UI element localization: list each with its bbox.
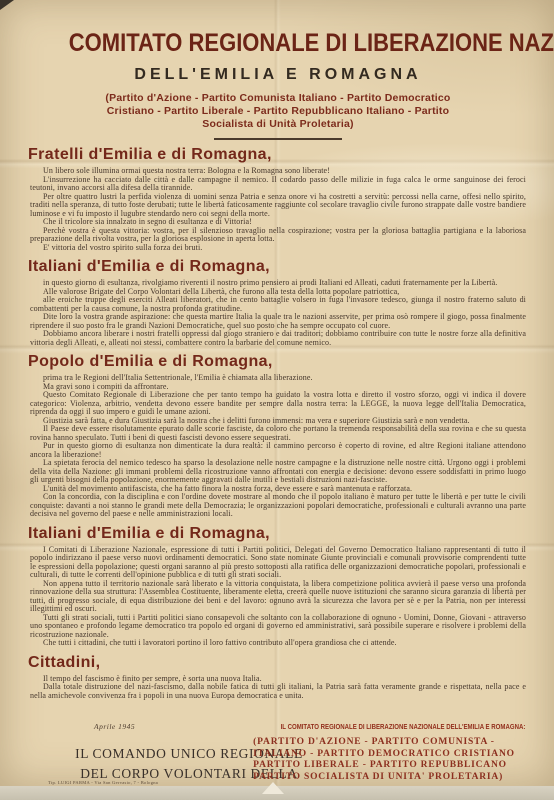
section-body: Il tempo del fascismo è finito per sempr… xyxy=(30,675,526,701)
section-cittadini: Cittadini, Il tempo del fascismo è finit… xyxy=(30,654,526,701)
date-label: Aprile 1945 xyxy=(94,722,135,731)
section-italiani-2: Italiani d'Emilia e di Romagna, I Comita… xyxy=(30,525,526,648)
paragraph: Dobbiamo ancora liberare i nostri fratel… xyxy=(30,330,526,347)
committee-signature: IL COMITATO REGIONALE DI LIBERAZIONE NAZ… xyxy=(250,716,518,784)
section-body: prima tra le Regioni dell'Italia Settent… xyxy=(30,374,526,519)
parties-list: (Partito d'Azione - Partito Comunista It… xyxy=(30,92,526,131)
poster-content: COMITATO REGIONALE DI LIBERAZIONE NAZION… xyxy=(0,0,554,786)
poster-footer: Aprile 1945 IL COMANDO UNICO REGIONALEDE… xyxy=(30,704,526,786)
paragraph: Questo Comitato Regionale di Liberazione… xyxy=(30,391,526,417)
parties-line: Cristiano - Partito Liberale - Partito R… xyxy=(30,105,526,118)
paragraph: I Comitati di Liberazione Nazionale, esp… xyxy=(30,546,526,580)
paragraph: Il Paese deve essere risolutamente epura… xyxy=(30,425,526,442)
committee-parties: (PARTITO D'AZIONE - PARTITO COMUNISTA -I… xyxy=(253,737,515,783)
liberation-poster: COMITATO REGIONALE DI LIBERAZIONE NAZION… xyxy=(0,0,554,786)
section-heading: Italiani d'Emilia e di Romagna, xyxy=(28,525,526,543)
printer-imprint: Tip. LUIGI PARMA - Via San Gervasio, 7 -… xyxy=(48,780,158,785)
committee-party-line: PARTITO LIBERALE - PARTITO REPUBBLICANO xyxy=(253,760,515,772)
paragraph: Per oltre quattro lustri la perfida viol… xyxy=(30,193,526,219)
paragraph: Dalla totale distruzione del nazi-fascis… xyxy=(30,683,526,700)
section-italiani-1: Italiani d'Emilia e di Romagna, in quest… xyxy=(30,258,526,347)
section-heading: Fratelli d'Emilia e di Romagna, xyxy=(28,146,526,164)
paragraph: La spietata ferocia del nemico tedesco h… xyxy=(30,459,526,485)
section-body: I Comitati di Liberazione Nazionale, esp… xyxy=(30,546,526,648)
paragraph: Pur in questo giorno di esultanza non di… xyxy=(30,442,526,459)
paragraph: Con la concordia, con la disciplina e co… xyxy=(30,493,526,519)
paragraph: Che tutti i cittadini, che tutti i lavor… xyxy=(30,639,526,648)
paragraph: Perchè vostra è questa vittoria: vostra,… xyxy=(30,227,526,244)
section-popolo: Popolo d'Emilia e di Romagna, prima tra … xyxy=(30,353,526,519)
photo-background-edge xyxy=(0,786,554,800)
committee-heading: IL COMITATO REGIONALE DI LIBERAZIONE NAZ… xyxy=(281,722,526,731)
poster-subtitle: DELL'EMILIA E ROMAGNA xyxy=(30,66,526,84)
parties-line: Socialista di Unità Proletaria) xyxy=(30,118,526,131)
section-body: in questo giorno di esultanza, rivolgiam… xyxy=(30,279,526,347)
section-heading: Italiani d'Emilia e di Romagna, xyxy=(28,258,526,276)
divider-rule xyxy=(214,138,342,140)
paragraph: Non appena tutto il territorio nazionale… xyxy=(30,580,526,614)
committee-party-line: (PARTITO D'AZIONE - PARTITO COMUNISTA - xyxy=(253,737,515,749)
paragraph: E' vittoria del vostro spirito sulla for… xyxy=(30,244,526,253)
section-fratelli: Fratelli d'Emilia e di Romagna, Un liber… xyxy=(30,146,526,252)
section-heading: Cittadini, xyxy=(28,654,526,672)
paragraph: L'insurrezione ha cacciato dalle città e… xyxy=(30,176,526,193)
page-title-text: COMITATO REGIONALE DI LIBERAZIONE NAZION… xyxy=(69,29,554,58)
poster-header: COMITATO REGIONALE DI LIBERAZIONE NAZION… xyxy=(30,22,526,140)
page-title: COMITATO REGIONALE DI LIBERAZIONE NAZION… xyxy=(30,22,526,59)
committee-party-line: ITALIANO - PARTITO DEMOCRATICO CRISTIANO xyxy=(253,749,515,761)
paragraph: alle eroiche truppe degli eserciti Allea… xyxy=(30,296,526,313)
committee-party-line: PARTITO SOCIALISTA DI UNITA' PROLETARIA) xyxy=(253,772,515,784)
section-body: Un libero sole illumina ormai questa nos… xyxy=(30,167,526,252)
parties-line: (Partito d'Azione - Partito Comunista It… xyxy=(30,92,526,105)
poster-photo: COMITATO REGIONALE DI LIBERAZIONE NAZION… xyxy=(0,0,554,800)
paragraph: Tutti gli strati sociali, tutti i Partit… xyxy=(30,614,526,640)
paragraph: Dite loro la vostra grande aspirazione: … xyxy=(30,313,526,330)
section-heading: Popolo d'Emilia e di Romagna, xyxy=(28,353,526,371)
